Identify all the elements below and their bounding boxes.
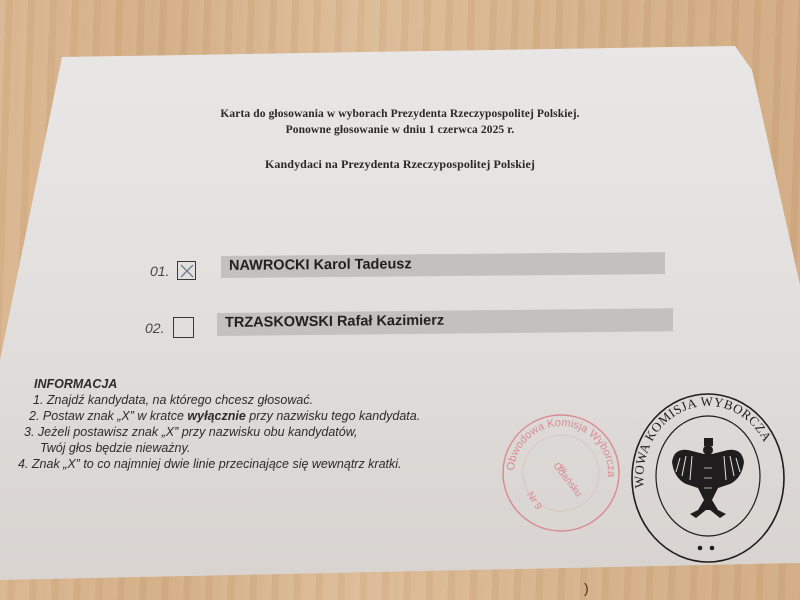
candidate-number: 01. bbox=[150, 263, 169, 279]
svg-text:Nr 9: Nr 9 bbox=[524, 490, 544, 512]
district-commission-stamp: Obwodowa Komisja Wyborcza w Gdańsku Nr 9 bbox=[498, 410, 624, 536]
candidate-name: NAWROCKI Karol Tadeusz bbox=[229, 256, 412, 274]
candidate-checkbox[interactable] bbox=[177, 261, 196, 280]
info-item: 2. Postaw znak „X” w kratce wyłącznie pr… bbox=[29, 409, 420, 423]
info-item: 3. Jeżeli postawisz znak „X” przy nazwis… bbox=[24, 425, 358, 439]
candidates-heading: Kandydaci na Prezydenta Rzeczypospolitej… bbox=[150, 157, 650, 172]
ballot-title: Karta do głosowania w wyborach Prezydent… bbox=[150, 108, 650, 120]
candidate-number: 02. bbox=[145, 320, 164, 336]
candidate-checkbox[interactable] bbox=[173, 317, 194, 338]
ink-mark: ) bbox=[584, 580, 589, 596]
district-stamp-ring-text: Obwodowa Komisja Wyborcza bbox=[499, 410, 619, 493]
info-item-continuation: Twój głos będzie nieważny. bbox=[40, 441, 190, 455]
ballot-date-line: Ponowne głosowanie w dniu 1 czerwca 2025… bbox=[150, 124, 650, 136]
info-item: 1. Znajdź kandydata, na którego chcesz g… bbox=[33, 393, 313, 407]
candidate-name-bar: TRZASKOWSKI Rafał Kazimierz bbox=[217, 308, 673, 336]
candidate-name-bar: NAWROCKI Karol Tadeusz bbox=[221, 252, 665, 278]
information-title: INFORMACJA bbox=[34, 377, 117, 391]
ballot-paper: Karta do głosowania w wyborach Prezydent… bbox=[0, 0, 800, 600]
candidate-name: TRZASKOWSKI Rafał Kazimierz bbox=[225, 313, 444, 331]
x-mark-icon bbox=[178, 262, 197, 281]
national-commission-stamp: PAŃSTWOWA KOMISJA WYBORCZA bbox=[628, 388, 788, 566]
eagle-emblem-icon bbox=[672, 438, 744, 518]
info-item: 4. Znak „X” to co najmniej dwie linie pr… bbox=[18, 457, 402, 471]
